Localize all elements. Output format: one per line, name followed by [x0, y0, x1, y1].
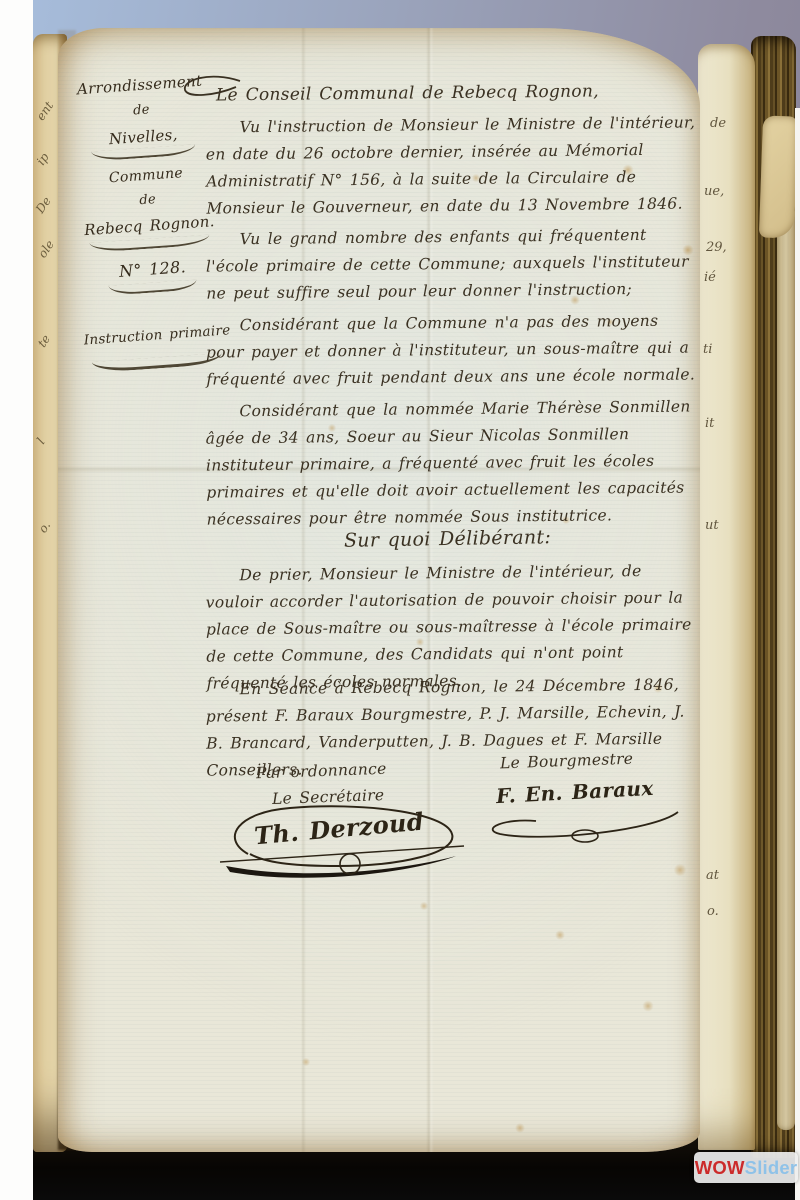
left-edge-fragment: o. — [36, 519, 54, 536]
under-page-fragment: ié — [704, 270, 716, 285]
paragraph-opening: Le Conseil Communal de Rebecq Rognon, — [206, 77, 698, 109]
margin-line-de2: de — [72, 187, 223, 212]
paragraph-considerant-nommee: Considérant que la nommée Marie Thérèse … — [205, 393, 698, 533]
deliberation-heading: Sur quoi Délibérant: — [344, 526, 551, 552]
paragraph-vu-nombre: Vu le grand nombre des enfants qui fréqu… — [206, 221, 699, 307]
margin-flourish — [92, 353, 222, 373]
margin-flourish — [109, 279, 197, 295]
outer-page-edge — [777, 205, 795, 1130]
under-page-fragment: ue, — [704, 184, 724, 199]
left-edge-fragment: te — [35, 332, 53, 350]
margin-line-nivelles: Nivelles, — [68, 123, 219, 151]
watermark-slider-text: Slider — [745, 1157, 798, 1179]
left-edge-fragment: De — [33, 194, 54, 216]
left-edge-fragment: l — [34, 435, 48, 446]
left-edge-fragment: ent — [34, 99, 57, 123]
under-page-fragment: at — [706, 868, 719, 883]
under-page: de ue, 29, ié ti it ut at o. — [698, 44, 755, 1150]
under-page-fragment: de — [710, 116, 726, 131]
photo-canvas: ent ip De ole te l o. de ue, 29, ié ti i… — [0, 0, 800, 1200]
under-page-fragment: it — [705, 416, 714, 431]
manuscript-page: Arrondissement de Nivelles, Commune de R… — [58, 28, 700, 1152]
photo-border-right — [795, 108, 800, 1200]
page-corner-flap — [759, 115, 798, 238]
margin-line-de: de — [66, 98, 217, 123]
margin-line-commune: Commune — [71, 163, 222, 189]
under-page-fragment: 29, — [706, 240, 727, 255]
under-page-fragment: o. — [707, 904, 719, 919]
left-edge-fragment: ip — [34, 150, 52, 167]
watermark-wow-text: WOW — [695, 1157, 745, 1179]
photo-border-left — [0, 0, 33, 1200]
left-edge-fragment: ole — [35, 238, 57, 261]
paragraph-considerant-commune: Considérant que la Commune n'a pas des m… — [206, 307, 699, 393]
paragraph-vu-instruction: Vu l'instruction de Monsieur le Ministre… — [205, 109, 698, 222]
under-page-fragment: ut — [705, 518, 719, 533]
burgomaster-signature-flourish — [476, 806, 688, 848]
wowslider-watermark[interactable]: WOWSlider — [694, 1152, 798, 1183]
under-page-fragment: ti — [703, 342, 712, 357]
